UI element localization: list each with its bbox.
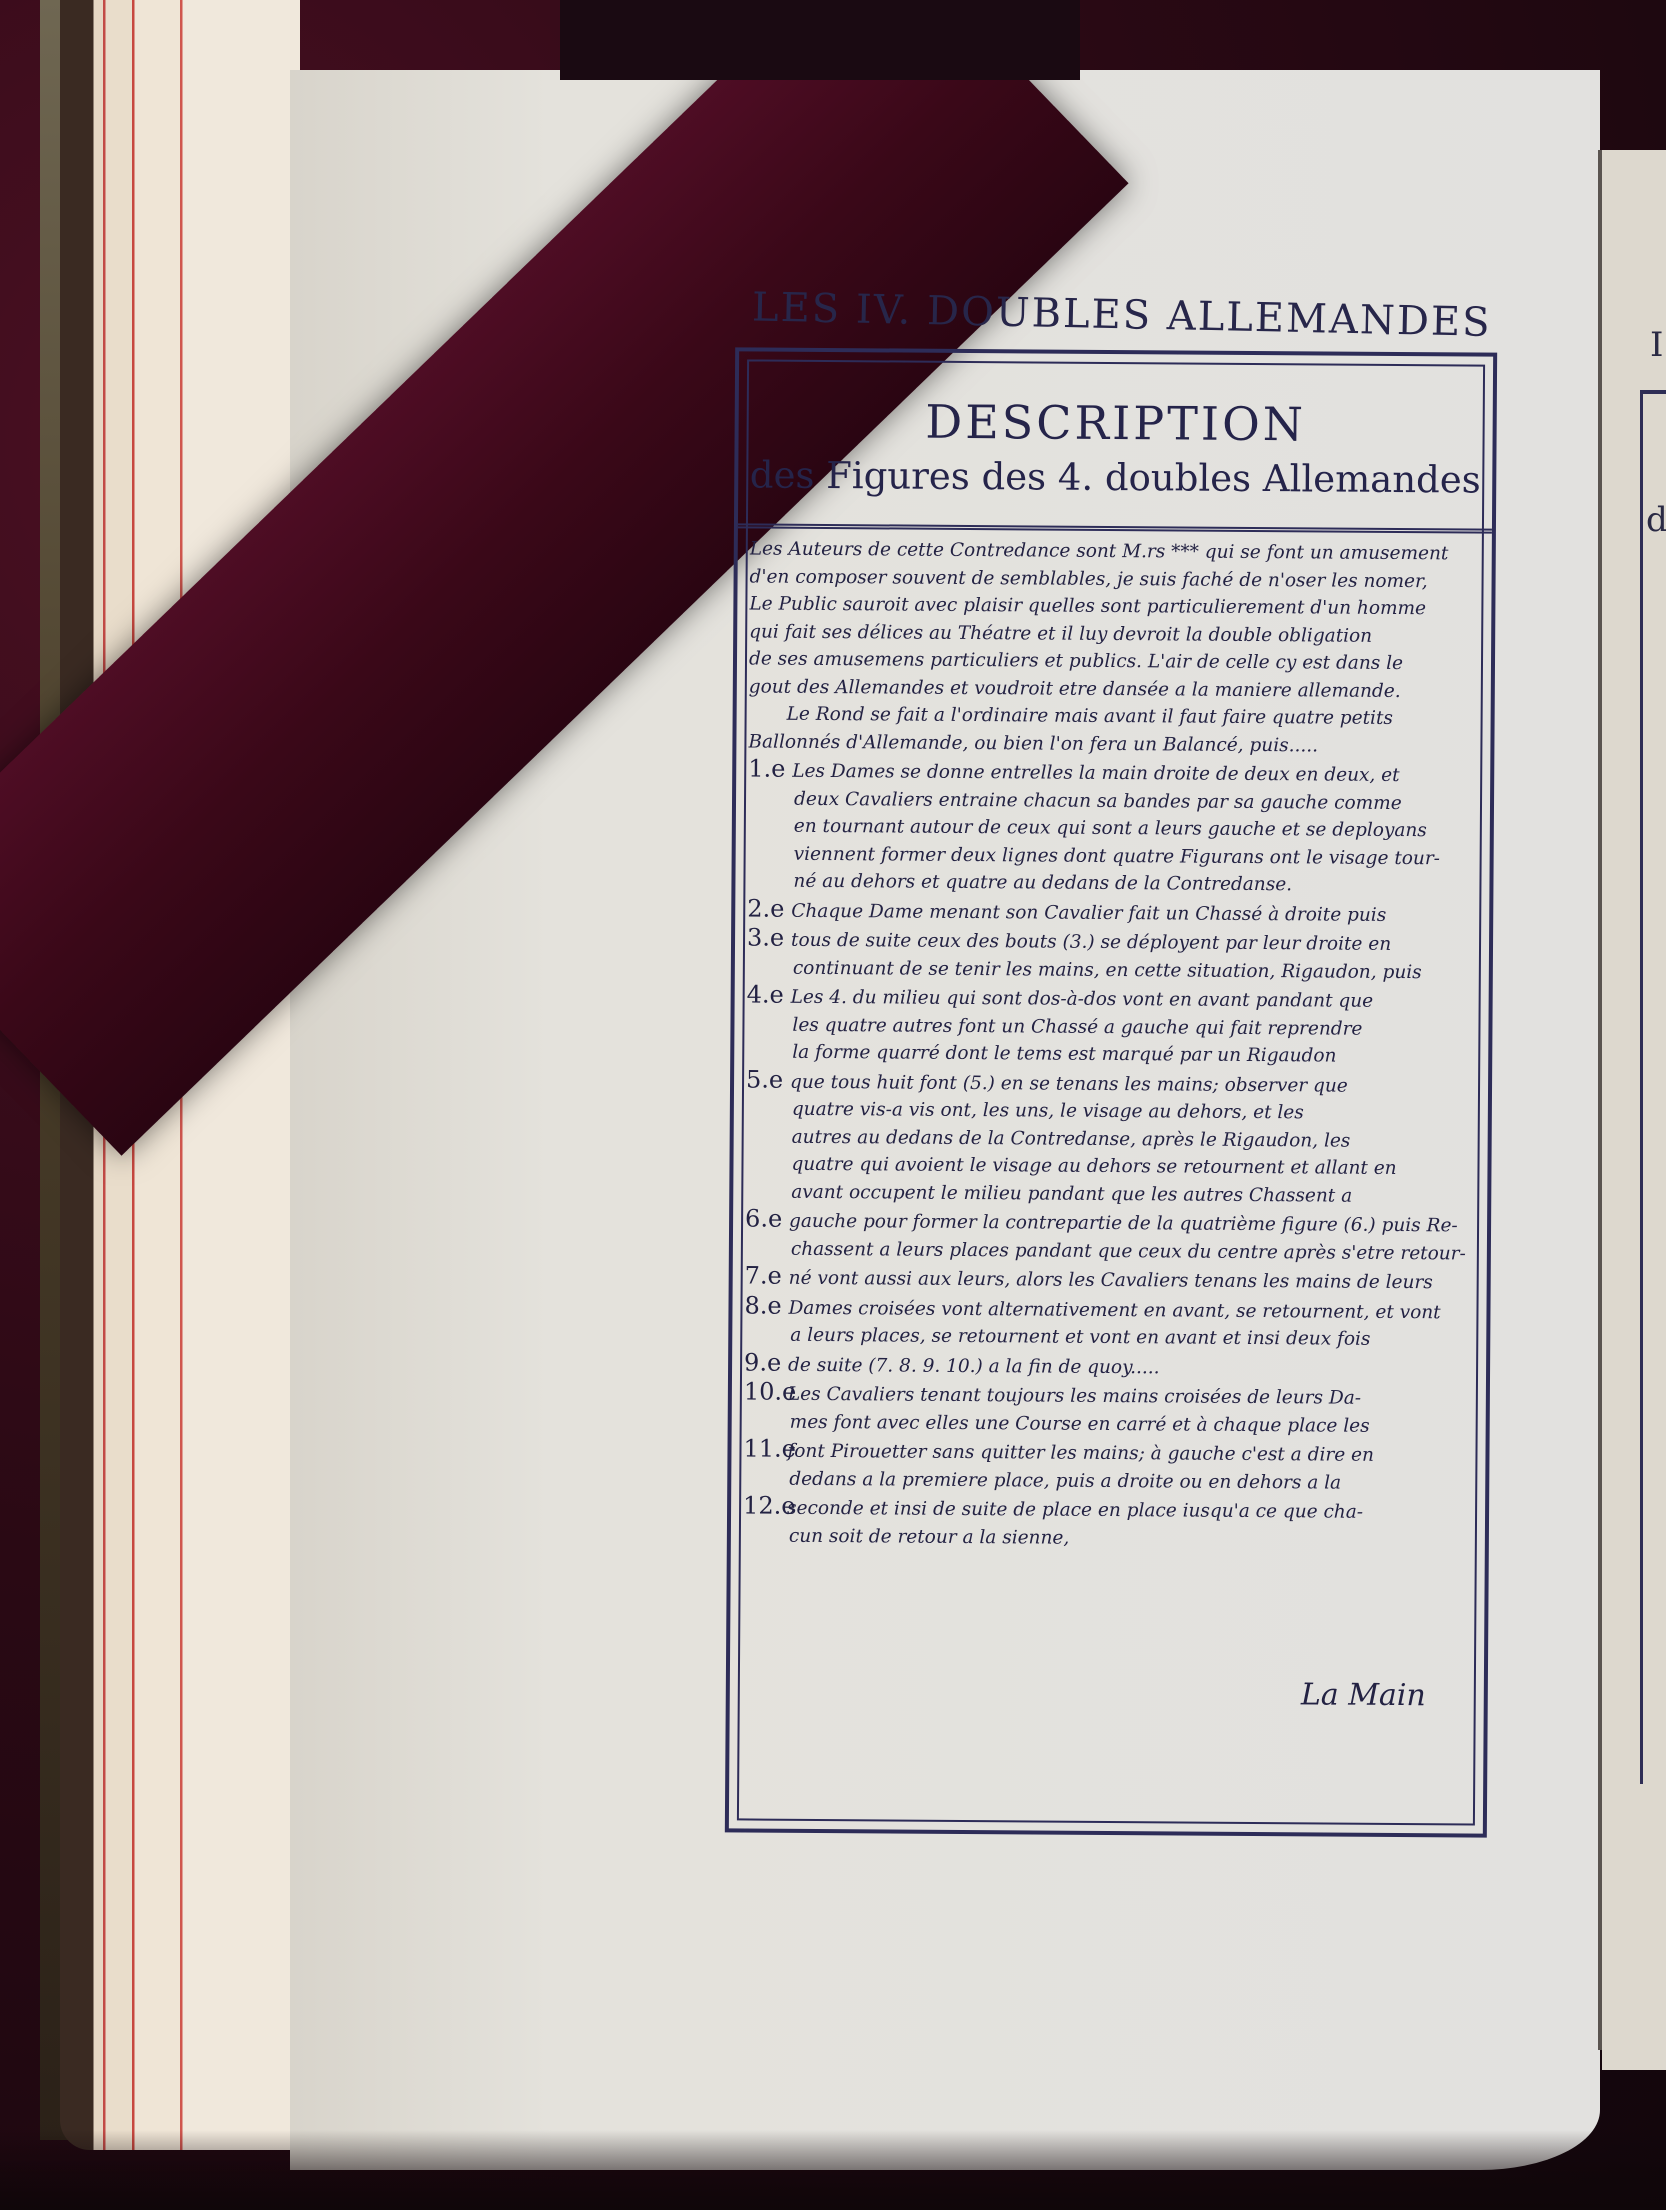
bottom-shadow — [0, 2130, 1666, 2210]
figure-number: 7.e — [745, 1262, 789, 1290]
figure-number: 6.e — [745, 1205, 789, 1233]
figure-number: 10.e — [744, 1378, 788, 1406]
page-subtitle: des Figures des 4. doubles Allemandes — [738, 453, 1492, 501]
rond-line: Le Rond se fait a l'ordinaire mais avant… — [749, 700, 1485, 733]
figure-line: Chaque Dame menant son Cavalier fait un … — [791, 900, 1386, 925]
intro-line: de ses amusemens particuliers et publics… — [749, 645, 1485, 678]
figure-line: a leurs places, se retournent et vont en… — [744, 1321, 1480, 1354]
figure-number: 1.e — [748, 755, 792, 783]
figure-number: 5.e — [746, 1066, 790, 1094]
figure-line: la forme quarré dont le tems est marqué … — [746, 1038, 1482, 1071]
page-title: DESCRIPTION — [738, 393, 1492, 452]
figure-line: quatre qui avoient le visage au dehors s… — [745, 1150, 1481, 1183]
figure-number: 9.e — [744, 1349, 788, 1377]
figure-line: font Pirouetter sans quitter les mains; … — [787, 1441, 1374, 1466]
figure-number: 3.e — [747, 924, 791, 952]
figure-line: quatre vis-a vis ont, les uns, le visage… — [746, 1095, 1482, 1128]
figure-line: gauche pour former la contrepartie de la… — [789, 1211, 1458, 1237]
figure-line: seconde et insi de suite de place en pla… — [787, 1498, 1363, 1523]
figure-line: né au dehors et quatre au dedans de la C… — [747, 867, 1483, 900]
figure-number: 2.e — [747, 895, 791, 923]
intro-line: Le Public sauroit avec plaisir quelles s… — [749, 590, 1485, 623]
velvet-ribbon-top — [560, 0, 1080, 80]
figure-line: cun soit de retour a la sienne, — [743, 1522, 1479, 1555]
figure-line: Les Cavaliers tenant toujours les mains … — [788, 1384, 1361, 1409]
figure-line: Les Dames se donne entrelles la main dro… — [792, 761, 1400, 786]
figure-line: Les 4. du milieu qui sont dos-à-dos vont… — [791, 987, 1374, 1012]
title-block: DESCRIPTION des Figures des 4. doubles A… — [738, 351, 1493, 533]
figure-number: 8.e — [744, 1292, 788, 1320]
text-frame: DESCRIPTION des Figures des 4. doubles A… — [725, 347, 1497, 1837]
engraver-signature: La Main — [1301, 1677, 1426, 1713]
figure-line: en tournant autour de ceux qui sont a le… — [748, 812, 1484, 845]
facing-page-title-fragment: I — [1650, 325, 1663, 365]
figure-line: tous de suite ceux des bouts (3.) se dép… — [791, 930, 1391, 955]
description-body: Les Auteurs de cette Contredance sont M.… — [743, 535, 1486, 1554]
intro-line: Les Auteurs de cette Contredance sont M.… — [750, 535, 1486, 568]
figure-number: 12.e — [743, 1492, 787, 1520]
figure-number: 11.e — [743, 1435, 787, 1463]
figure-line: né vont aussi aux leurs, alors les Caval… — [789, 1268, 1433, 1293]
facing-page-subtitle-fragment: d — [1646, 500, 1666, 540]
facing-page-frame — [1640, 390, 1666, 1784]
figure-line: que tous huit font (5.) en se tenans les… — [790, 1071, 1348, 1096]
figure-line: Dames croisées vont alternativement en a… — [788, 1297, 1440, 1323]
figure-number: 4.e — [747, 981, 791, 1009]
figure-line: de suite (7. 8. 9. 10.) a la fin de quoy… — [788, 1354, 1160, 1378]
